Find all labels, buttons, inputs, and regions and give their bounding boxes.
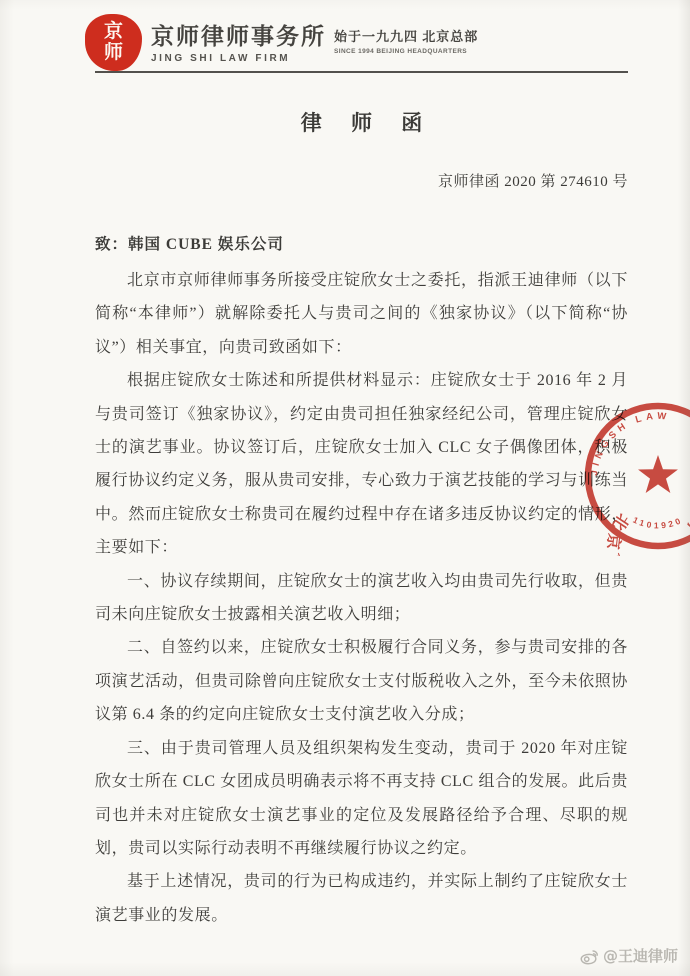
seal-star-icon <box>638 455 678 493</box>
firm-tagline-en: SINCE 1994 BEIJING HEADQUARTERS <box>334 48 478 55</box>
firm-seal-logo: 京 师 <box>85 14 142 71</box>
paragraph-conclusion: 基于上述情况，贵司的行为已构成违约，并实际上制约了庄锭欣女士演艺事业的发展。 <box>95 865 628 932</box>
letter-body: 北京市京师律师事务所接受庄锭欣女士之委托，指派王迪律师（以下简称“本律师”）就解… <box>95 264 628 932</box>
weibo-handle: @王迪律师 <box>603 945 678 966</box>
logo-char-top: 京 <box>104 22 123 43</box>
header-divider <box>95 71 628 73</box>
recipient-line: 致：韩国 CUBE 娱乐公司 <box>95 232 284 254</box>
paragraph-point-2: 二、自签约以来，庄锭欣女士积极履行合同义务，参与贵司安排的各项演艺活动，但贵司除… <box>95 631 628 731</box>
logo-char-bottom: 师 <box>104 43 123 64</box>
svg-text:1101920: 1101920 <box>631 515 684 531</box>
seal-serial-number: 1101920 <box>631 515 684 531</box>
paragraph-intro: 北京市京师律师事务所接受庄锭欣女士之委托，指派王迪律师（以下简称“本律师”）就解… <box>95 264 628 364</box>
paragraph-point-3: 三、由于贵司管理人员及组织架构发生变动，贵司于 2020 年对庄锭欣女士所在 C… <box>95 732 628 866</box>
firm-name-block: 京师律师事务所 JING SHI LAW FIRM <box>151 18 326 64</box>
firm-name-cn: 京师律师事务所 <box>151 18 326 51</box>
paragraph-background: 根据庄锭欣女士陈述和所提供材料显示：庄锭欣女士于 2016 年 2 月与贵司签订… <box>95 364 628 564</box>
paragraph-point-1: 一、协议存续期间，庄锭欣女士的演艺收入均由贵司先行收取，但贵司未向庄锭欣女士披露… <box>95 565 628 632</box>
firm-tagline-block: 始于一九九四 北京总部 SINCE 1994 BEIJING HEADQUART… <box>334 26 478 55</box>
firm-tagline-cn: 始于一九九四 北京总部 <box>334 26 478 45</box>
letter-title: 律 师 函 <box>95 107 628 137</box>
firm-name-en: JING SHI LAW FIRM <box>151 53 326 64</box>
scanned-letter-page: 京 师 京师律师事务所 JING SHI LAW FIRM 始于一九九四 北京总… <box>0 0 690 976</box>
weibo-watermark: @王迪律师 <box>578 945 678 966</box>
letterhead: 京 师 京师律师事务所 JING SHI LAW FIRM 始于一九九四 北京总… <box>85 14 478 71</box>
reference-number: 京师律函 2020 第 274610 号 <box>95 170 628 191</box>
weibo-icon <box>578 946 600 966</box>
